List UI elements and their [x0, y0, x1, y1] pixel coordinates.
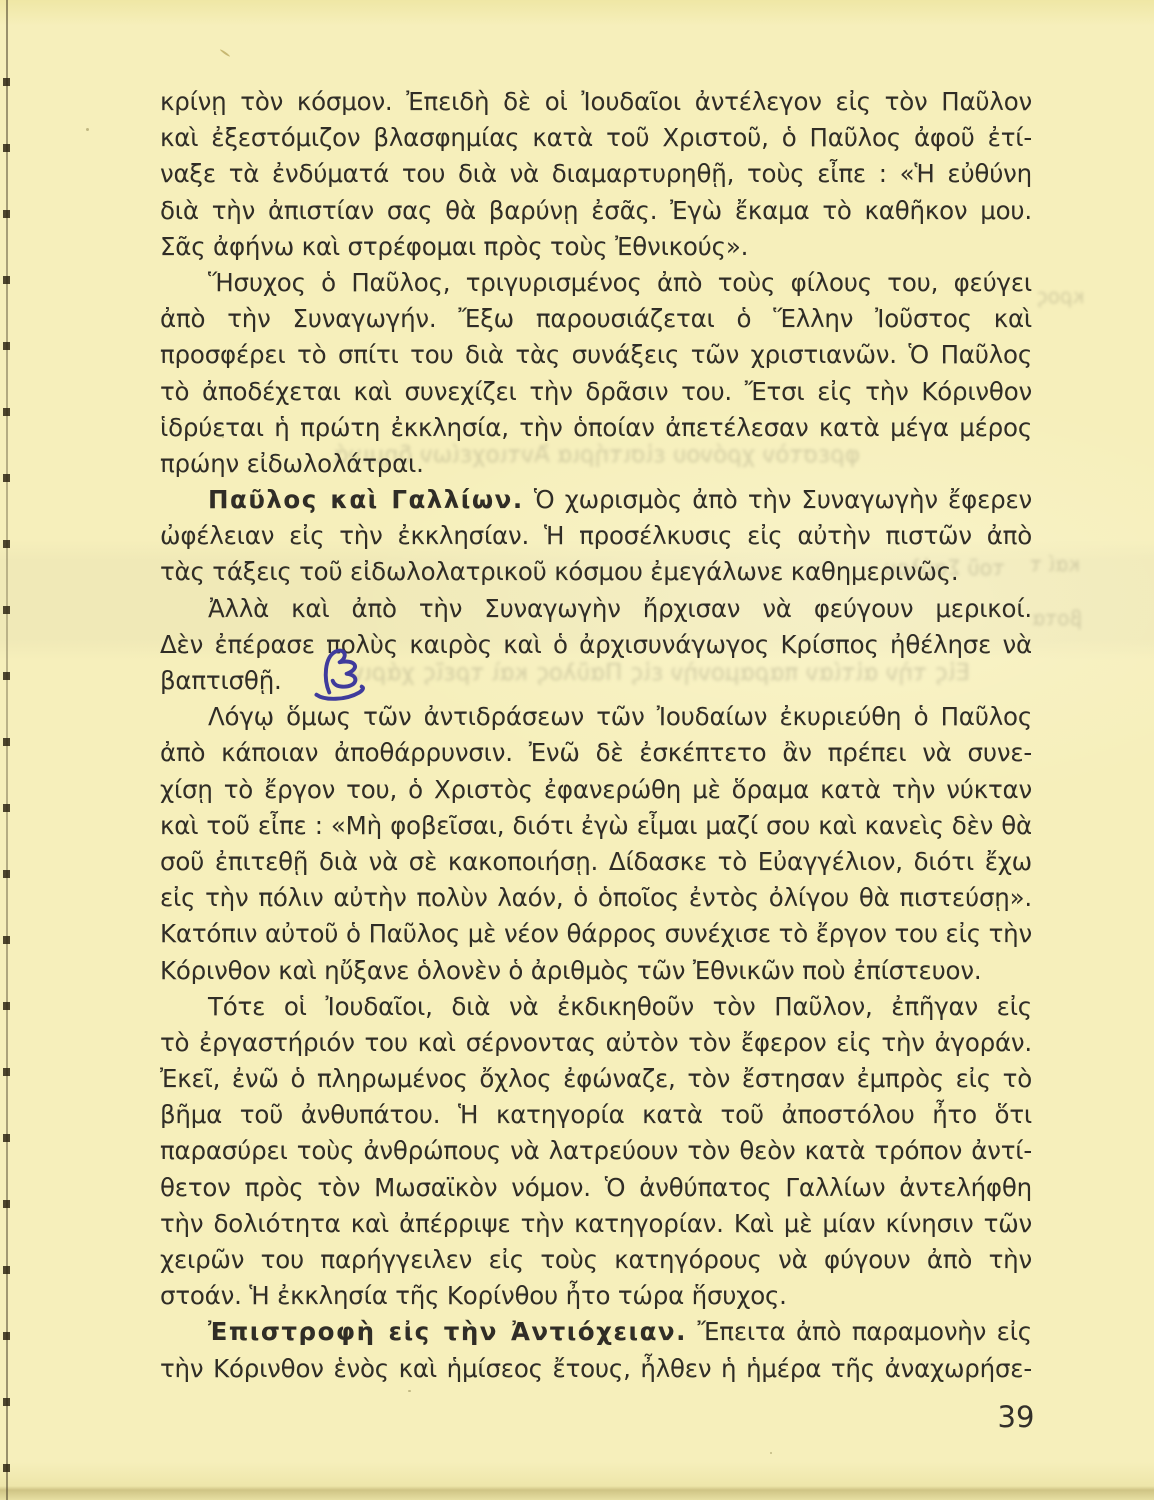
text-line: τὸ ἀποδέχεται καὶ συνεχίζει τὴν δρᾶσιν τ…: [160, 374, 1032, 410]
text-line: Παῦλος καὶ Γαλλίων. Ὁ χωρισμὸς ἀπὸ τὴν Σ…: [160, 482, 1032, 518]
text-segment: Ἔπειτα ἀπὸ παραμονὴν εἰς: [687, 1317, 1032, 1346]
text-segment: τὰς τάξεις τοῦ εἰδωλολατρικοῦ κόσμου ἐμε…: [160, 557, 959, 586]
text-line: καὶ ἐξεστόμιζον βλασφημίας κατὰ τοῦ Χρισ…: [160, 120, 1032, 156]
text-line: τὴν Κόρινθον ἑνὸς καὶ ἡμίσεος ἔτους, ἦλθ…: [160, 1351, 1032, 1387]
handwritten-ink-doodle: [312, 646, 372, 704]
text-line: ναξε τὰ ἐνδύματά του διὰ νὰ διαμαρτυρηθῇ…: [160, 156, 1032, 192]
text-line: τὸ ἐργαστήριόν του καὶ σέρνοντας αὐτὸν τ…: [160, 1025, 1032, 1061]
text-segment: σοῦ ἐπιτεθῇ διὰ νὰ σὲ κακοποιήσῃ. Δίδασκ…: [160, 847, 1032, 876]
text-line: Δὲν ἐπέρασε πολὺς καιρὸς καὶ ὁ ἀρχισυνάγ…: [160, 627, 1032, 663]
text-line: Σᾶς ἀφήνω καὶ στρέφομαι πρὸς τοὺς Ἐθνικο…: [160, 229, 1032, 265]
text-segment: Σᾶς ἀφήνω καὶ στρέφομαι πρὸς τοὺς Ἐθνικο…: [160, 232, 748, 261]
text-line: χίσῃ τὸ ἔργον του, ὁ Χριστὸς ἐφανερώθη μ…: [160, 772, 1032, 808]
binding-stitch-marks: [3, 20, 10, 1480]
text-segment: ἱδρύεται ἡ πρώτη ἐκκλησία, τὴν ὁποίαν ἀπ…: [160, 413, 1032, 442]
text-segment: βῆμα τοῦ ἀνθυπάτου. Ἡ κατηγορία κατὰ τοῦ…: [160, 1100, 1032, 1129]
text-line: εἰς τὴν πόλιν αὐτὴν πολὺν λαόν, ὁ ὁποῖος…: [160, 880, 1032, 916]
text-line: σοῦ ἐπιτεθῇ διὰ νὰ σὲ κακοποιήσῃ. Δίδασκ…: [160, 844, 1032, 880]
text-segment: τὸ ἀποδέχεται καὶ συνεχίζει τὴν δρᾶσιν τ…: [160, 377, 1032, 406]
text-line: Τότε οἱ Ἰουδαῖοι, διὰ νὰ ἐκδικηθοῦν τὸν …: [160, 989, 1032, 1025]
text-line: τὴν δολιότητα καὶ ἀπέρριψε τὴν κατηγορία…: [160, 1206, 1032, 1242]
text-line: καὶ τοῦ εἶπε : «Μὴ φοβεῖσαι, διότι ἐγὼ ε…: [160, 808, 1032, 844]
text-line: τὰς τάξεις τοῦ εἰδωλολατρικοῦ κόσμου ἐμε…: [160, 554, 1032, 590]
text-segment: ἀπὸ τὴν Συναγωγήν. Ἔξω παρουσιάζεται ὁ Ἕ…: [160, 304, 1032, 333]
text-segment: Κόρινθον καὶ ηὔξανε ὁλονὲν ὁ ἀριθμὸς τῶν…: [160, 956, 981, 985]
book-page: φρεστὸν χρόνου εἰσιτήρια Ἀντιοχείων δημι…: [0, 0, 1154, 1500]
text-line: πρώην εἰδωλολάτραι.: [160, 446, 1032, 482]
text-line: βαπτισθῇ.: [160, 663, 1032, 699]
text-line: Ἐπιστροφὴ εἰς τὴν Ἀντιόχειαν. Ἔπειτα ἀπὸ…: [160, 1314, 1032, 1350]
text-line: στοάν. Ἡ ἐκκλησία τῆς Κορίνθου ἦτο τώρα …: [160, 1278, 1032, 1314]
text-segment: θετον πρὸς τὸν Μωσαϊκὸν νόμον. Ὁ ἀνθύπατ…: [160, 1173, 1032, 1202]
show-through-text: καί τ: [1030, 552, 1080, 576]
text-line: ἀπὸ τὴν Συναγωγήν. Ἔξω παρουσιάζεται ὁ Ἕ…: [160, 301, 1032, 337]
text-segment: εἰς τὴν πόλιν αὐτὴν πολὺν λαόν, ὁ ὁποῖος…: [160, 883, 1032, 912]
text-line: ὠφέλειαν εἰς τὴν ἐκκλησίαν. Ἡ προσέλκυσι…: [160, 518, 1032, 554]
page-number: 39: [986, 1400, 1046, 1434]
text-segment: Λόγῳ ὅμως τῶν ἀντιδράσεων τῶν Ἰουδαίων ἐ…: [208, 702, 1032, 731]
text-line: κρίνῃ τὸν κόσμον. Ἐπειδὴ δὲ οἱ Ἰουδαῖοι …: [160, 84, 1032, 120]
text-segment: Ἀλλὰ καὶ ἀπὸ τὴν Συναγωγὴν ἤρχισαν νὰ φε…: [208, 594, 1032, 623]
text-line: θετον πρὸς τὸν Μωσαϊκὸν νόμον. Ὁ ἀνθύπατ…: [160, 1170, 1032, 1206]
text-segment: Τότε οἱ Ἰουδαῖοι, διὰ νὰ ἐκδικηθοῦν τὸν …: [208, 992, 1032, 1021]
text-line: ἀπὸ κάποιαν ἀποθάρρυνσιν. Ἐνῶ δὲ ἐσκέπτε…: [160, 735, 1032, 771]
paper-speck: [220, 49, 231, 58]
text-segment: τὸ ἐργαστήριόν του καὶ σέρνοντας αὐτὸν τ…: [160, 1028, 1032, 1057]
text-line: Κόρινθον καὶ ηὔξανε ὁλονὲν ὁ ἀριθμὸς τῶν…: [160, 953, 1032, 989]
paper-speck: [408, 1390, 411, 1392]
text-line: Ἀλλὰ καὶ ἀπὸ τὴν Συναγωγὴν ἤρχισαν νὰ φε…: [160, 591, 1032, 627]
text-line: διὰ τὴν ἀπιστίαν σας θὰ βαρύνῃ ἐσᾶς. Ἐγὼ…: [160, 193, 1032, 229]
text-line: Λόγῳ ὅμως τῶν ἀντιδράσεων τῶν Ἰουδαίων ἐ…: [160, 699, 1032, 735]
text-segment: βαπτισθῇ.: [160, 666, 282, 695]
text-segment: πρώην εἰδωλολάτραι.: [160, 449, 424, 478]
text-segment: χίσῃ τὸ ἔργον του, ὁ Χριστὸς ἐφανερώθη μ…: [160, 775, 1032, 804]
show-through-text: βοτα: [1032, 606, 1082, 630]
text-segment: τὴν δολιότητα καὶ ἀπέρριψε τὴν κατηγορία…: [160, 1209, 1032, 1238]
text-line: προσφέρει τὸ σπίτι του διὰ τὰς συνάξεις …: [160, 337, 1032, 373]
text-segment: καὶ τοῦ εἶπε : «Μὴ φοβεῖσαι, διότι ἐγὼ ε…: [160, 811, 1032, 840]
text-line: Ἥσυχος ὁ Παῦλος, τριγυρισμένος ἀπὸ τοὺς …: [160, 265, 1032, 301]
page-text: κρίνῃ τὸν κόσμον. Ἐπειδὴ δὲ οἱ Ἰουδαῖοι …: [160, 84, 1032, 1387]
text-line: παρασύρει τοὺς ἀνθρώπους νὰ λατρεύουν τὸ…: [160, 1133, 1032, 1169]
text-segment: Ἐκεῖ, ἐνῶ ὁ πληρωμένος ὄχλος ἐφώναζε, τὸ…: [160, 1064, 1032, 1093]
text-segment: Δὲν ἐπέρασε πολὺς καιρὸς καὶ ὁ ἀρχισυνάγ…: [160, 630, 1032, 659]
run-in-heading: Παῦλος καὶ Γαλλίων.: [208, 485, 524, 514]
paper-speck: [222, 436, 224, 438]
text-segment: διὰ τὴν ἀπιστίαν σας θὰ βαρύνῃ ἐσᾶς. Ἐγὼ…: [160, 196, 1032, 225]
text-line: Κατόπιν αὐτοῦ ὁ Παῦλος μὲ νέον θάρρος συ…: [160, 916, 1032, 952]
paper-speck: [770, 1452, 772, 1454]
show-through-text: κρος: [1036, 284, 1084, 308]
text-line: βῆμα τοῦ ἀνθυπάτου. Ἡ κατηγορία κατὰ τοῦ…: [160, 1097, 1032, 1133]
paper-speck: [86, 128, 89, 131]
text-segment: Ἥσυχος ὁ Παῦλος, τριγυρισμένος ἀπὸ τοὺς …: [208, 268, 1032, 297]
text-segment: ὠφέλειαν εἰς τὴν ἐκκλησίαν. Ἡ προσέλκυσι…: [160, 521, 1032, 550]
run-in-heading: Ἐπιστροφὴ εἰς τὴν Ἀντιόχειαν.: [208, 1317, 687, 1346]
text-line: Ἐκεῖ, ἐνῶ ὁ πληρωμένος ὄχλος ἐφώναζε, τὸ…: [160, 1061, 1032, 1097]
text-segment: παρασύρει τοὺς ἀνθρώπους νὰ λατρεύουν τὸ…: [160, 1136, 1032, 1165]
text-segment: προσφέρει τὸ σπίτι του διὰ τὰς συνάξεις …: [160, 340, 1032, 369]
text-line: χειρῶν του παρήγγειλεν εἰς τοὺς κατηγόρο…: [160, 1242, 1032, 1278]
text-segment: Ὁ χωρισμὸς ἀπὸ τὴν Συναγωγὴν ἔφερεν: [524, 485, 1032, 514]
text-segment: καὶ ἐξεστόμιζον βλασφημίας κατὰ τοῦ Χρισ…: [160, 123, 1032, 152]
text-segment: Κατόπιν αὐτοῦ ὁ Παῦλος μὲ νέον θάρρος συ…: [160, 919, 1032, 948]
text-line: ἱδρύεται ἡ πρώτη ἐκκλησία, τὴν ὁποίαν ἀπ…: [160, 410, 1032, 446]
text-segment: κρίνῃ τὸν κόσμον. Ἐπειδὴ δὲ οἱ Ἰουδαῖοι …: [160, 87, 1032, 116]
text-segment: τὴν Κόρινθον ἑνὸς καὶ ἡμίσεος ἔτους, ἦλθ…: [160, 1354, 1032, 1383]
text-segment: στοάν. Ἡ ἐκκλησία τῆς Κορίνθου ἦτο τώρα …: [160, 1281, 787, 1310]
paper-speck: [262, 748, 264, 751]
text-segment: χειρῶν του παρήγγειλεν εἰς τοὺς κατηγόρο…: [160, 1245, 1032, 1274]
text-segment: ἀπὸ κάποιαν ἀποθάρρυνσιν. Ἐνῶ δὲ ἐσκέπτε…: [160, 738, 1032, 767]
text-segment: ναξε τὰ ἐνδύματά του διὰ νὰ διαμαρτυρηθῇ…: [160, 159, 1032, 188]
